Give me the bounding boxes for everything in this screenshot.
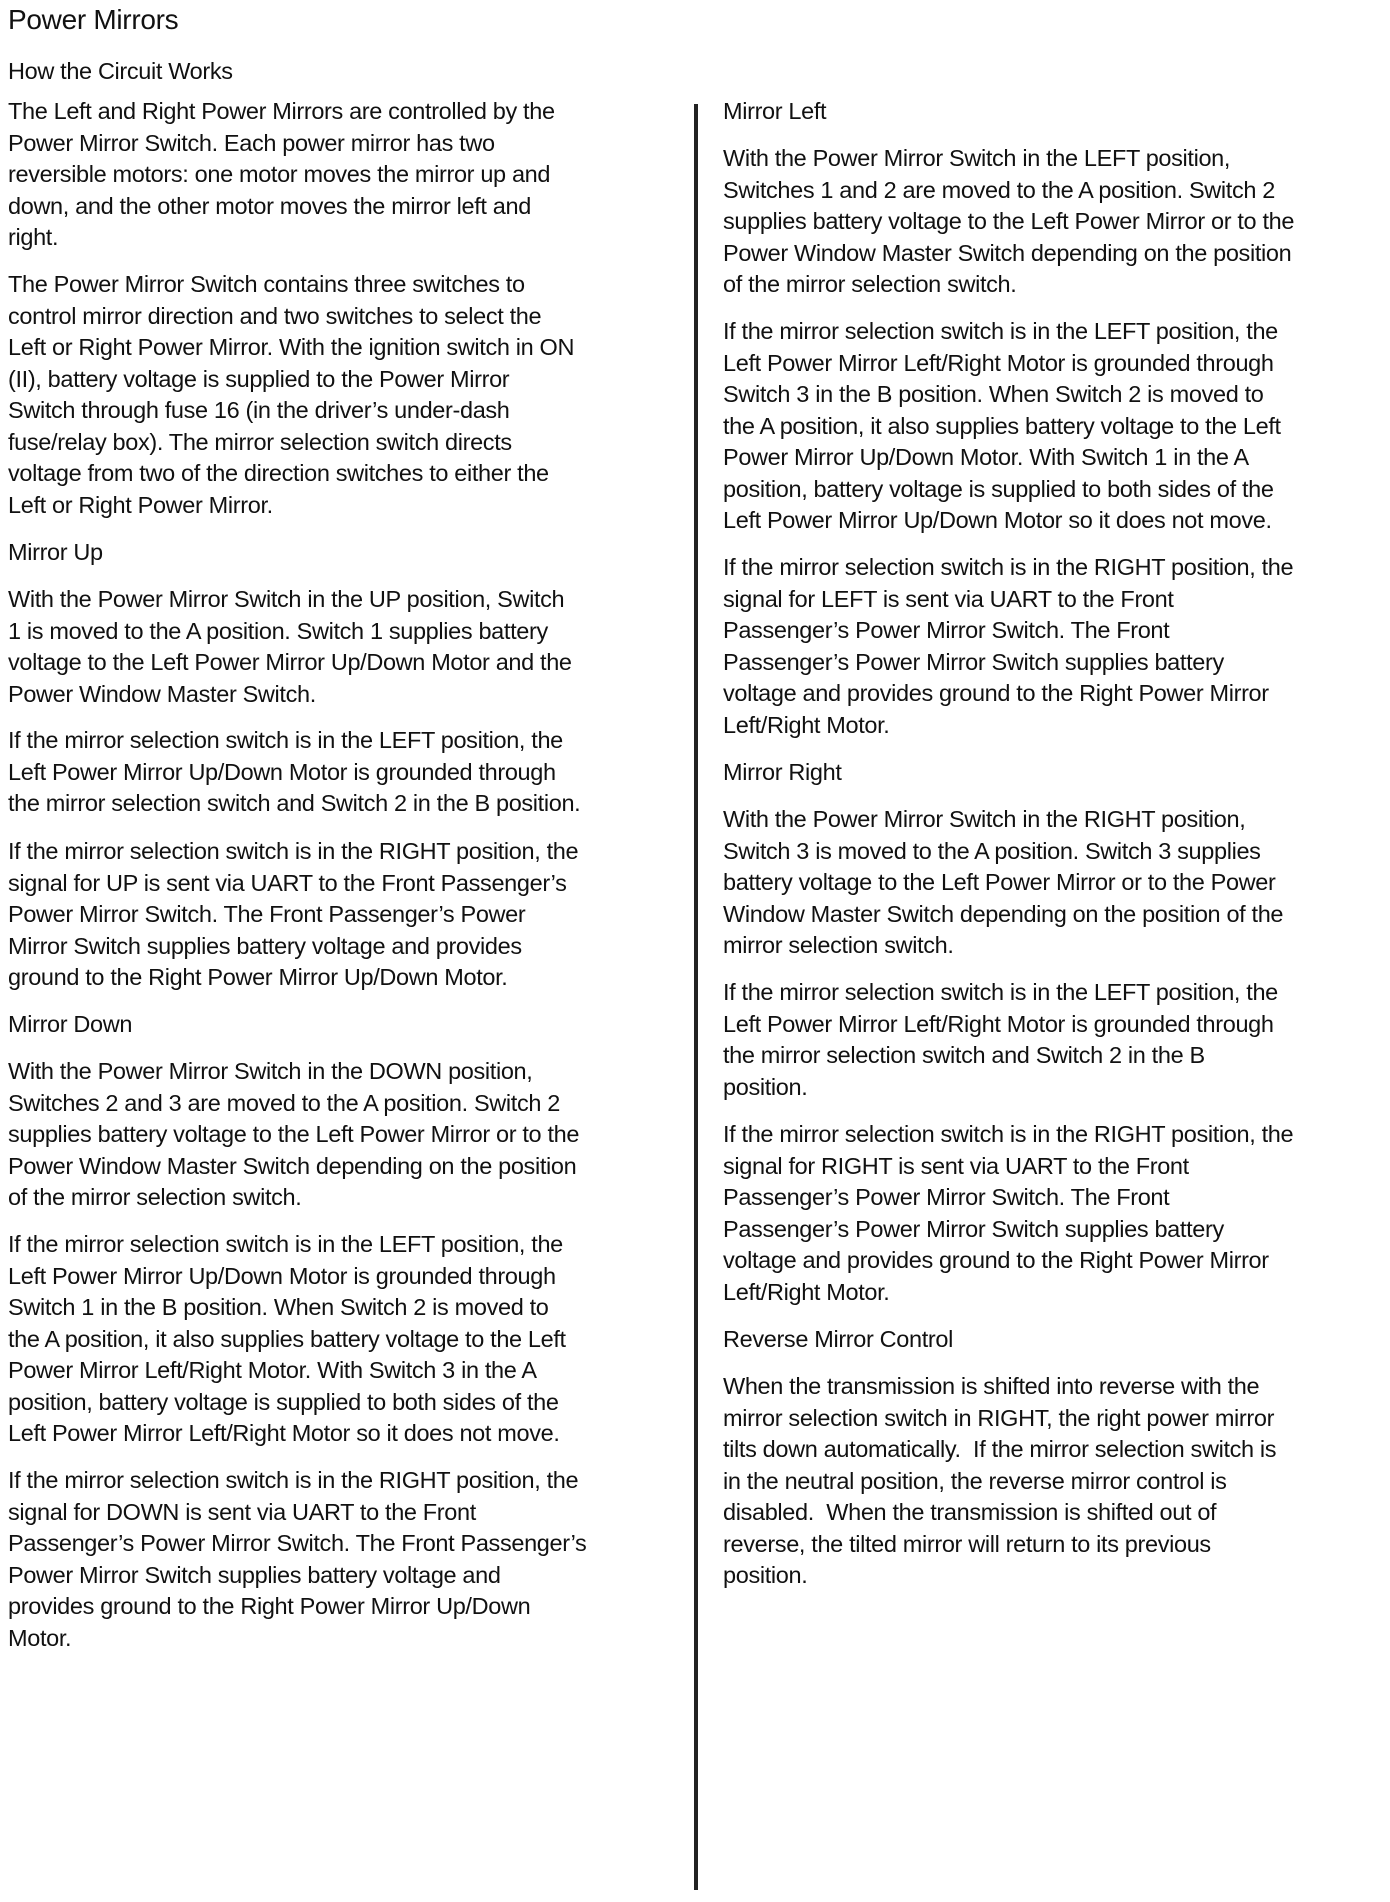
- paragraph-intro: The Left and Right Power Mirrors are con…: [8, 96, 555, 254]
- section-heading-mirror-down: Mirror Down: [8, 1009, 132, 1041]
- paragraph-mirror-left-1: With the Power Mirror Switch in the LEFT…: [723, 143, 1294, 301]
- paragraph-reverse-mirror-control: When the transmission is shifted into re…: [723, 1371, 1276, 1592]
- paragraph-switch-description: The Power Mirror Switch contains three s…: [8, 269, 574, 521]
- paragraph-mirror-down-2: If the mirror selection switch is in the…: [8, 1229, 566, 1450]
- section-heading-reverse-mirror-control: Reverse Mirror Control: [723, 1324, 953, 1356]
- paragraph-mirror-right-2: If the mirror selection switch is in the…: [723, 977, 1278, 1103]
- section-heading-mirror-left: Mirror Left: [723, 96, 826, 128]
- paragraph-mirror-down-3: If the mirror selection switch is in the…: [8, 1465, 586, 1654]
- page-title: Power Mirrors: [8, 2, 178, 38]
- section-heading-mirror-up: Mirror Up: [8, 537, 103, 569]
- paragraph-mirror-left-2: If the mirror selection switch is in the…: [723, 316, 1281, 537]
- paragraph-mirror-right-1: With the Power Mirror Switch in the RIGH…: [723, 804, 1283, 962]
- column-divider: [694, 104, 698, 1890]
- paragraph-mirror-left-3: If the mirror selection switch is in the…: [723, 552, 1293, 741]
- paragraph-mirror-right-3: If the mirror selection switch is in the…: [723, 1119, 1293, 1308]
- paragraph-mirror-up-2: If the mirror selection switch is in the…: [8, 725, 580, 820]
- section-heading-how-circuit-works: How the Circuit Works: [8, 56, 233, 88]
- section-heading-mirror-right: Mirror Right: [723, 757, 842, 789]
- paragraph-mirror-up-1: With the Power Mirror Switch in the UP p…: [8, 584, 572, 710]
- paragraph-mirror-down-1: With the Power Mirror Switch in the DOWN…: [8, 1056, 579, 1214]
- paragraph-mirror-up-3: If the mirror selection switch is in the…: [8, 836, 578, 994]
